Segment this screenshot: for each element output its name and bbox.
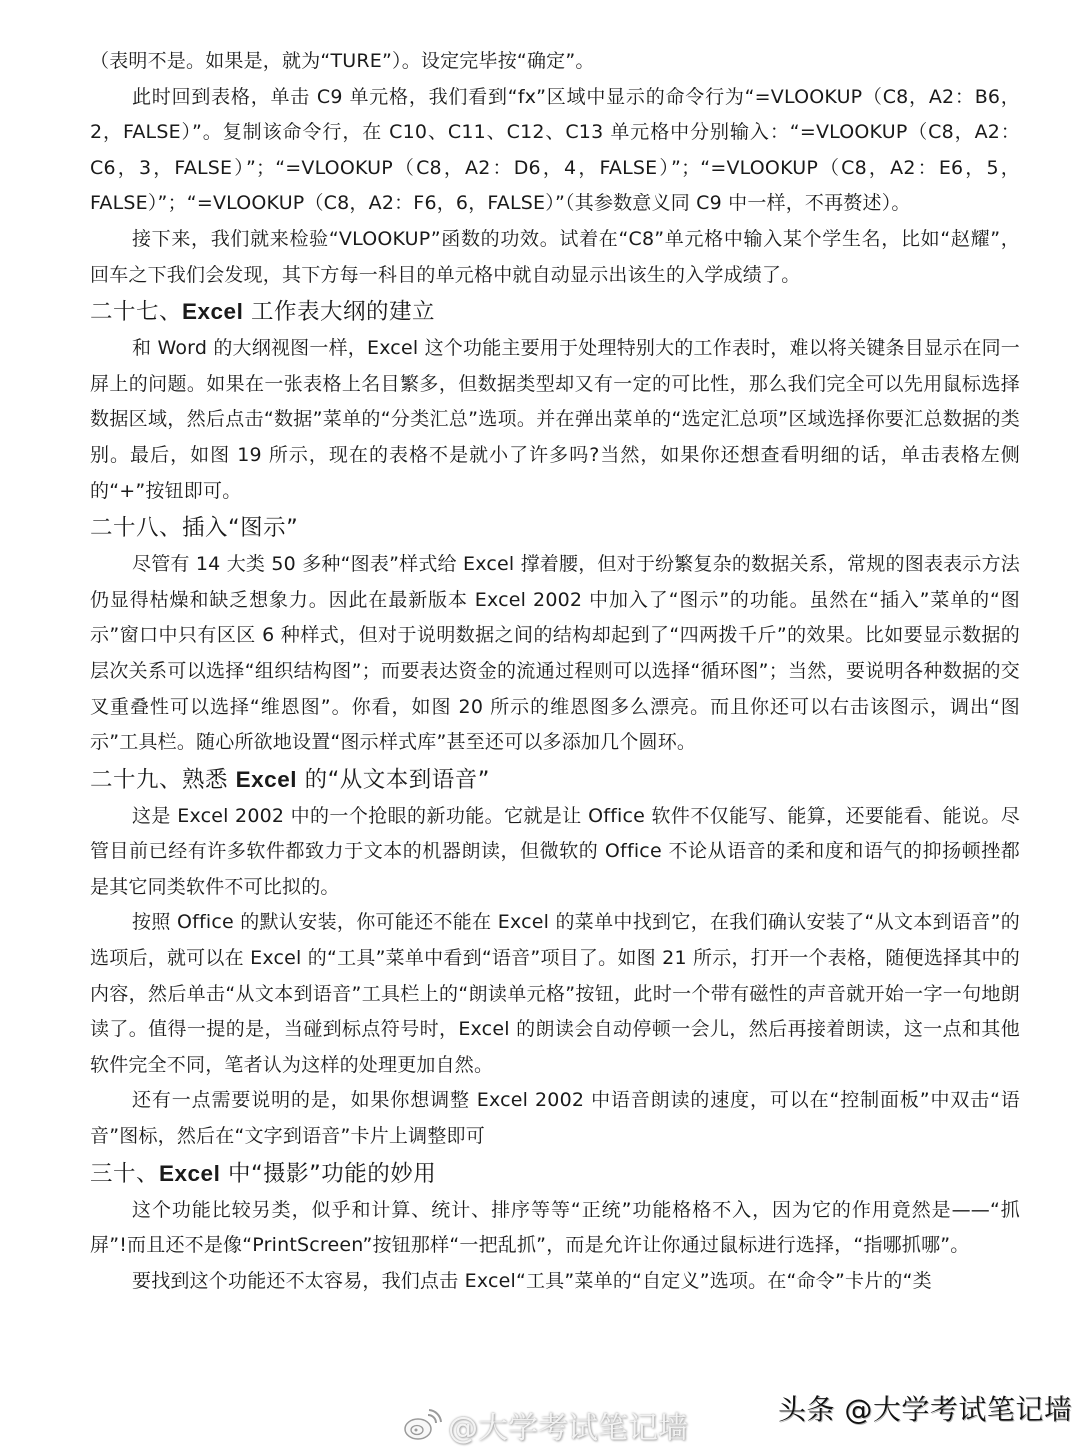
paragraph: 接下来，我们就来检验“VLOOKUP”函数的功效。试着在“C8”单元格中输入某个… [90, 222, 1020, 293]
heading-rest: 的“从文本到语音” [297, 767, 490, 793]
toutiao-watermark: 头条 @大学考试笔记墙 [778, 1388, 1072, 1428]
section-heading-29: 二十九、熟悉 Excel 的“从文本到语音” [90, 761, 1020, 799]
heading-prefix: 二十八、 [90, 515, 182, 541]
section-heading-30: 三十、Excel 中“摄影”功能的妙用 [90, 1155, 1020, 1193]
heading-latin: Excel [159, 1161, 220, 1186]
section-heading-27: 二十七、Excel 工作表大纲的建立 [90, 293, 1020, 331]
paragraph: 这个功能比较另类，似乎和计算、统计、排序等等“正统”功能格格不入，因为它的作用竟… [90, 1193, 1020, 1264]
heading-prefix: 二十九、熟悉 [90, 767, 236, 793]
heading-latin: Excel [236, 767, 297, 792]
weibo-watermark: @大学考试笔记墙 [402, 1400, 688, 1450]
paragraph: 和 Word 的大纲视图一样，Excel 这个功能主要用于处理特别大的工作表时，… [90, 331, 1020, 509]
weibo-watermark-text: @大学考试笔记墙 [448, 1403, 688, 1447]
paragraph: 按照 Office 的默认安装，你可能还不能在 Excel 的菜单中找到它，在我… [90, 905, 1020, 1083]
heading-latin: Excel [182, 299, 243, 324]
heading-prefix: 三十、 [90, 1161, 159, 1187]
heading-prefix: 二十七、 [90, 299, 182, 325]
paragraph: 这是 Excel 2002 中的一个抢眼的新功能。它就是让 Office 软件不… [90, 799, 1020, 906]
heading-rest: 插入“图示” [182, 515, 298, 541]
paragraph: 尽管有 14 大类 50 多种“图表”样式给 Excel 撑着腰，但对于纷繁复杂… [90, 547, 1020, 761]
heading-rest: 中“摄影”功能的妙用 [220, 1161, 436, 1187]
paragraph: 还有一点需要说明的是，如果你想调整 Excel 2002 中语音朗读的速度，可以… [90, 1083, 1020, 1154]
document-page: （表明不是。如果是，就为“TURE”）。设定完毕按“确定”。 此时回到表格，单击… [90, 44, 1020, 1299]
section-heading-28: 二十八、插入“图示” [90, 509, 1020, 547]
paragraph: （表明不是。如果是，就为“TURE”）。设定完毕按“确定”。 [90, 44, 1020, 80]
heading-rest: 工作表大纲的建立 [243, 299, 435, 325]
paragraph: 此时回到表格，单击 C9 单元格，我们看到“fx”区域中显示的命令行为“=VLO… [90, 80, 1020, 222]
weibo-icon [402, 1407, 442, 1443]
paragraph: 要找到这个功能还不太容易，我们点击 Excel“工具”菜单的“自定义”选项。在“… [90, 1264, 1020, 1300]
